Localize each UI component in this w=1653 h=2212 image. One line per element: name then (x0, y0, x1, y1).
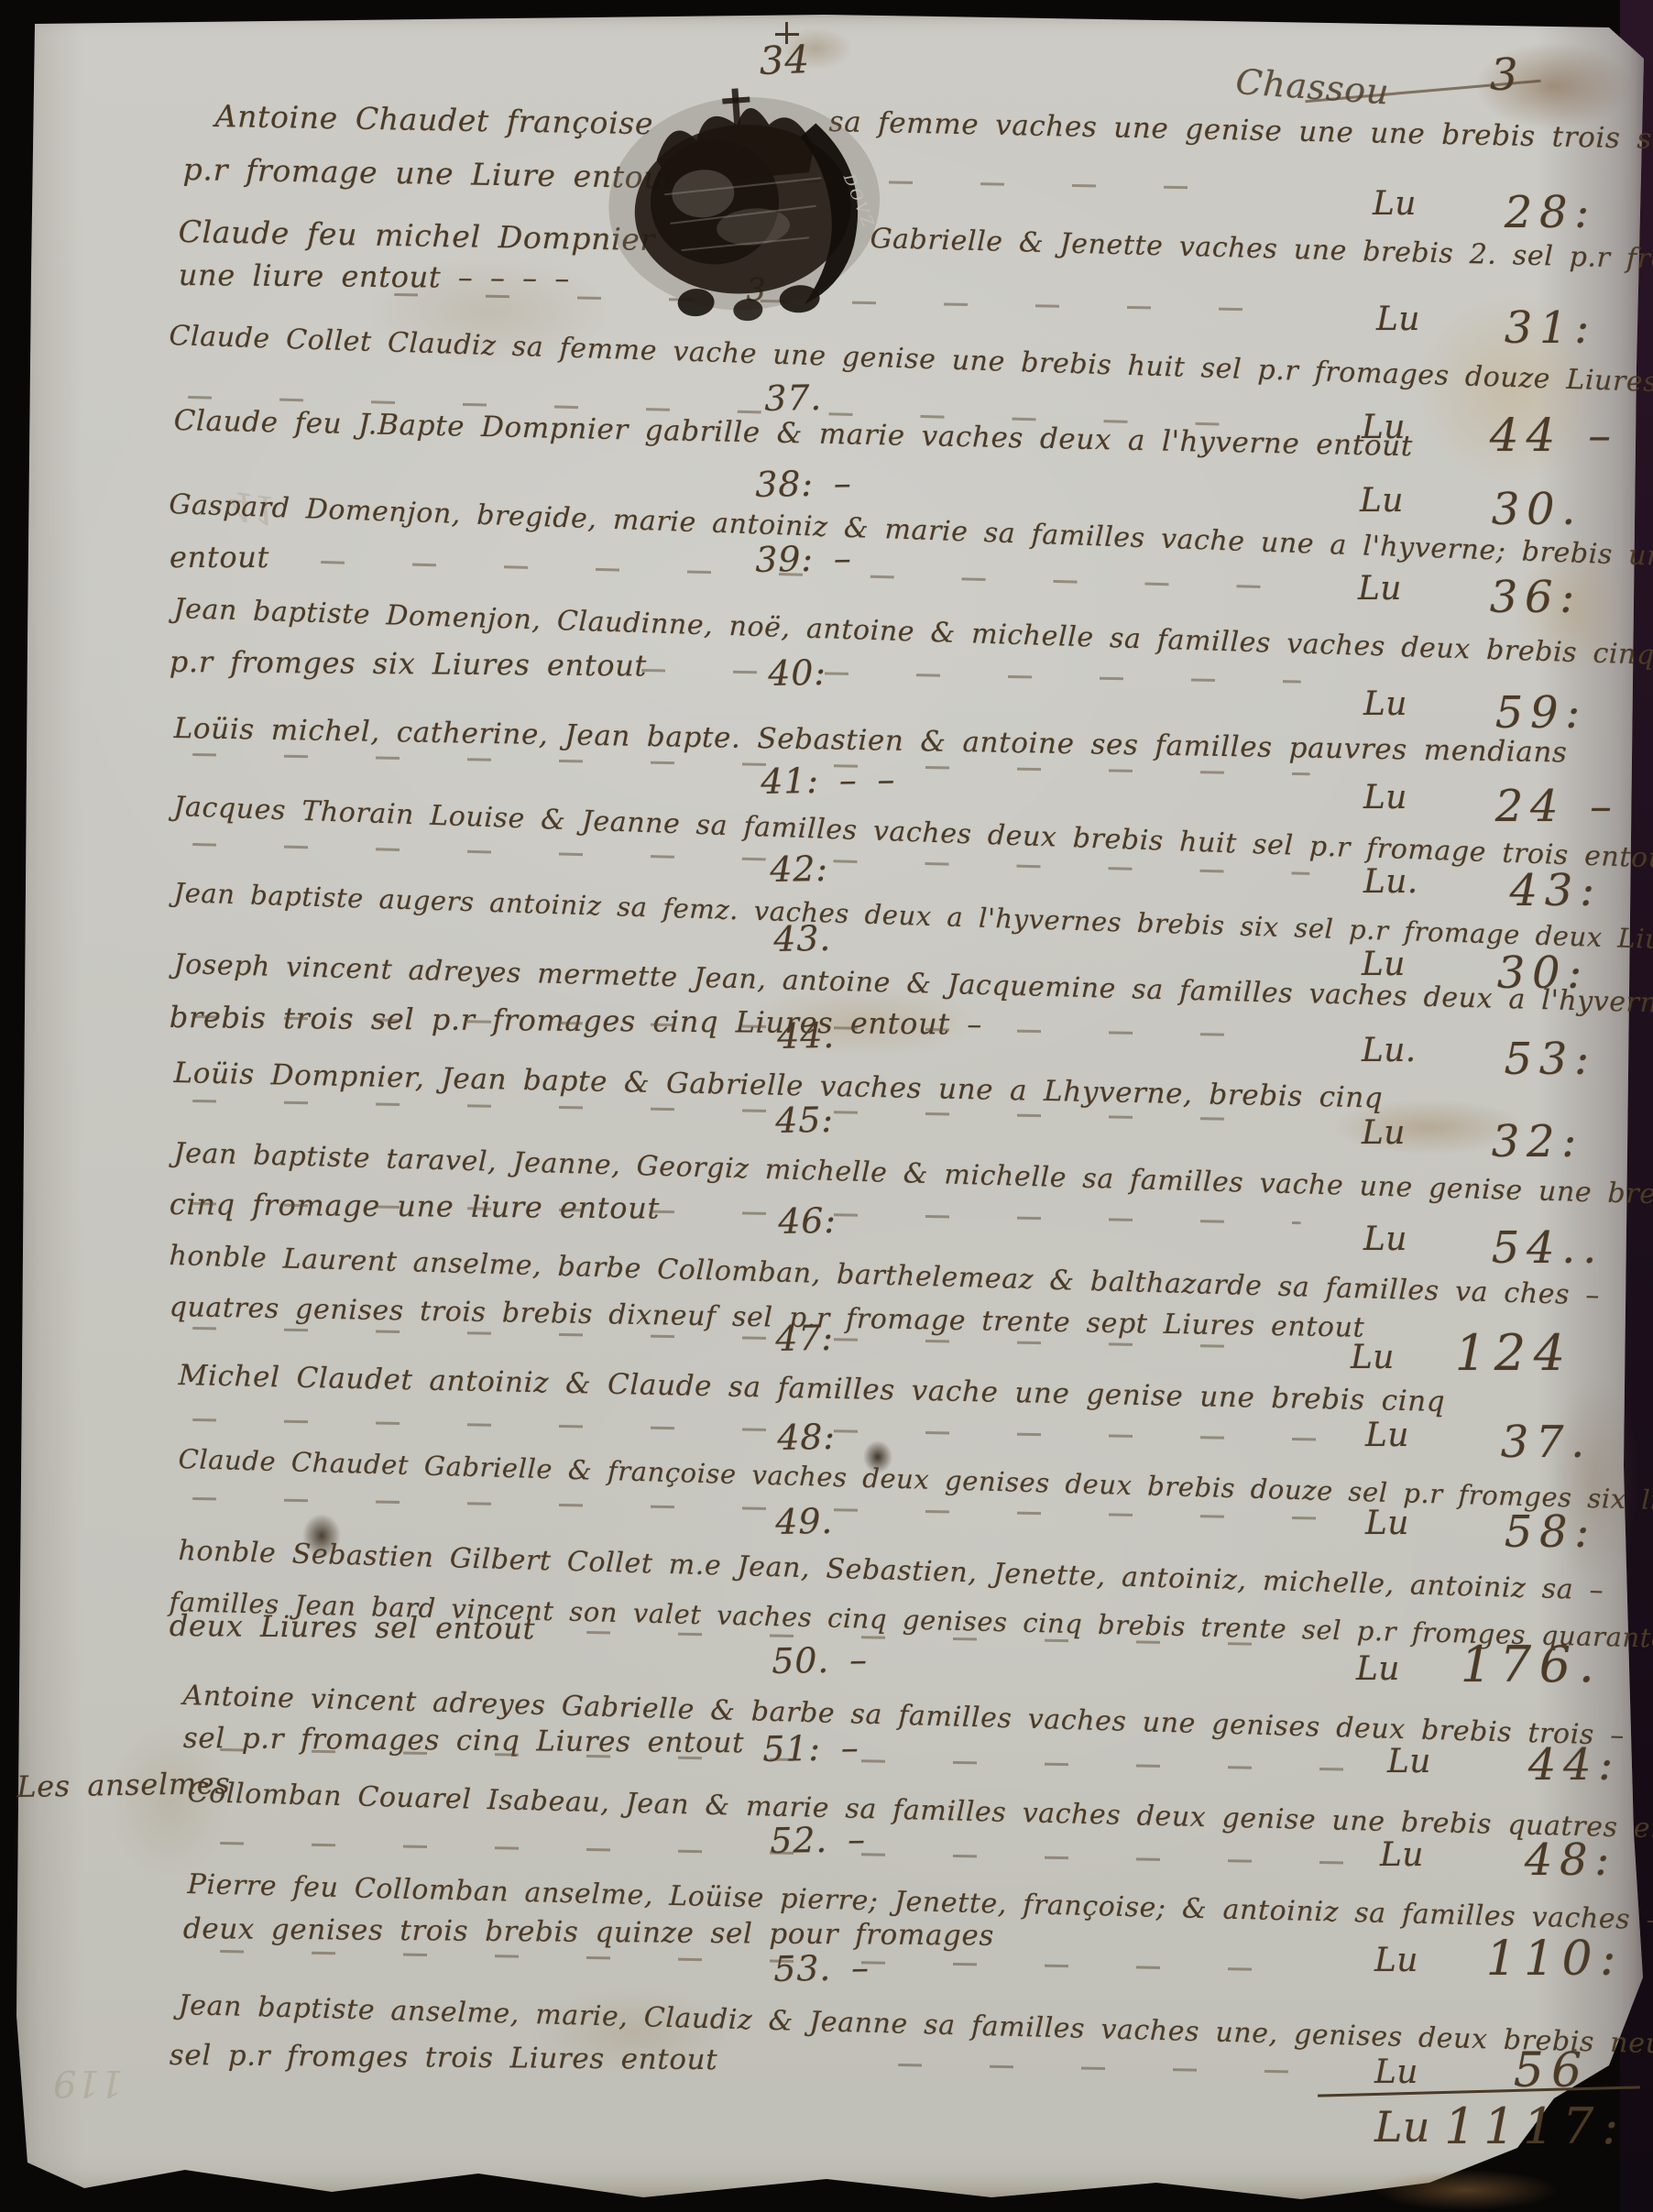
amount-label: Lu (1360, 482, 1404, 520)
amount-label: Lu (1351, 1339, 1395, 1376)
entry-number: 44. (777, 1018, 835, 1054)
amount-value: 54.. (1492, 1226, 1604, 1270)
entry-line: deux genises trois brebis quinze sel pou… (183, 1915, 994, 1951)
entry-amount: Lu110: (1374, 1932, 1556, 1979)
entry-number: 45: (775, 1102, 834, 1138)
entry-line: Antoine Chaudet françoise (214, 101, 653, 138)
amount-value: 37. (1501, 1420, 1592, 1464)
amount-label: Lu (1362, 1114, 1406, 1152)
entry-number: 47: (775, 1320, 834, 1356)
amount-value: 176. (1461, 1640, 1603, 1690)
entry-number: 46: (778, 1203, 837, 1239)
amount-label: Lu (1356, 1650, 1400, 1688)
entry-number: 51: – (762, 1730, 859, 1767)
entry-amount: Lu31: (1376, 293, 1512, 337)
amount-value: 59: (1495, 691, 1587, 735)
amount-value: 124 (1455, 1329, 1573, 1378)
amount-value: 58: (1505, 1510, 1596, 1554)
amount-label: Lu (1365, 1417, 1409, 1454)
amount-label: Lu. (1363, 863, 1418, 901)
tax-stamp-icon: DOVZ (597, 71, 897, 331)
amount-label: Lu (1363, 685, 1407, 723)
amount-value: 53: (1505, 1037, 1596, 1081)
amount-label: Lu (1380, 1836, 1424, 1874)
entry-line: entout (170, 542, 269, 572)
manuscript-scan: 41 119 34 Chassou 3 34.Antoine Chaudet f… (0, 0, 1653, 2212)
entry-line: une liure entout – – – – (179, 260, 570, 293)
amount-value: 110: (1486, 1935, 1624, 1983)
amount-value: 31: (1505, 306, 1596, 350)
entry-number: 53. – (773, 1950, 870, 1987)
folio-number: 34 (759, 40, 811, 81)
entry-amount: Lu59: (1363, 678, 1499, 722)
amount-label: Lu (1374, 1942, 1418, 1979)
entry-amount: Lu176. (1356, 1638, 1542, 1688)
entry-amount: Lu44: (1387, 1736, 1523, 1779)
entry-line: sel p.r fromges trois Liures entout (170, 2042, 718, 2075)
entry-amount: Lu32: (1362, 1107, 1497, 1151)
entry-amount: Lu.53: (1362, 1024, 1508, 1068)
entry-amount: Lu37. (1365, 1409, 1500, 1453)
amount-value: 24 – (1495, 784, 1619, 828)
amount-label: Lu (1376, 301, 1420, 338)
entry-amount: Lu58: (1365, 1497, 1501, 1541)
entry-number: 50. – (772, 1642, 868, 1679)
entry-number: 49. (775, 1504, 833, 1539)
entry-amount: Lu28: (1373, 178, 1508, 222)
amount-label: Lu (1365, 1505, 1409, 1542)
entry-amount: Lu30: (1362, 938, 1497, 982)
entry-amount: Lu48: (1380, 1829, 1516, 1873)
entry-number: 38: – (755, 465, 852, 502)
amount-label: Lu (1387, 1743, 1431, 1780)
amount-value: 30. (1492, 487, 1582, 531)
entry-line: deux Liures sel entout (170, 1611, 535, 1643)
entry-number: 52. – (770, 1822, 866, 1858)
entry-number: 40: (768, 655, 826, 691)
total-amount: Lu 1117: (1374, 2100, 1621, 2150)
amount-label: Lu (1362, 946, 1406, 983)
entry-amount: Lu24 – (1363, 772, 1531, 816)
entry-amount: Lu.43: (1363, 856, 1510, 900)
ghost-mark: 119 (53, 2062, 123, 2104)
amount-value: 44: (1528, 1743, 1620, 1787)
entry-line: Claude feu michel Dompnier (178, 216, 655, 255)
amount-value: 32: (1492, 1120, 1583, 1164)
entry-amount: Lu124 (1351, 1327, 1513, 1376)
amount-label: Lu (1363, 1221, 1407, 1258)
amount-value: 44 – (1490, 412, 1618, 458)
margin-note: Les anselmes (16, 1769, 231, 1801)
entry-amount: Lu56 (1374, 2043, 1494, 2091)
entry-amount: Lu54.. (1363, 1213, 1519, 1257)
entry-amount: Lu36: (1358, 563, 1494, 607)
amount-label: Lu. (1362, 1032, 1417, 1069)
amount-label: Lu (1373, 185, 1417, 223)
amount-label: Lu (1358, 570, 1402, 608)
entry-line: p.r fromges six Liures entout (170, 647, 647, 681)
entry-amount: Lu30. (1360, 475, 1494, 519)
entry-number: 41: – – (761, 761, 896, 799)
entry-number: 42: (770, 851, 828, 887)
entry-number: 48: (777, 1419, 836, 1455)
entry-number: 43. (773, 921, 831, 957)
amount-value: 36: (1490, 575, 1582, 619)
page-number: 3 (1490, 53, 1519, 97)
total-amount-value: 1117: (1444, 2102, 1626, 2152)
amount-value: 43: (1510, 869, 1602, 913)
amount-label: Lu (1363, 779, 1407, 816)
folio-flourish (785, 22, 788, 44)
amount-value: 48: (1525, 1838, 1616, 1882)
total-amount-label: Lu (1374, 2102, 1430, 2152)
entry-line: brebis trois sel p.r fromages cinq Liure… (170, 1002, 982, 1039)
amount-label: Lu (1374, 2053, 1418, 2091)
amount-value: 28: (1505, 191, 1596, 235)
header-place: Chassou (1234, 64, 1390, 110)
entry-number: 39: – (755, 541, 852, 577)
entry-number: 37. (764, 380, 822, 416)
